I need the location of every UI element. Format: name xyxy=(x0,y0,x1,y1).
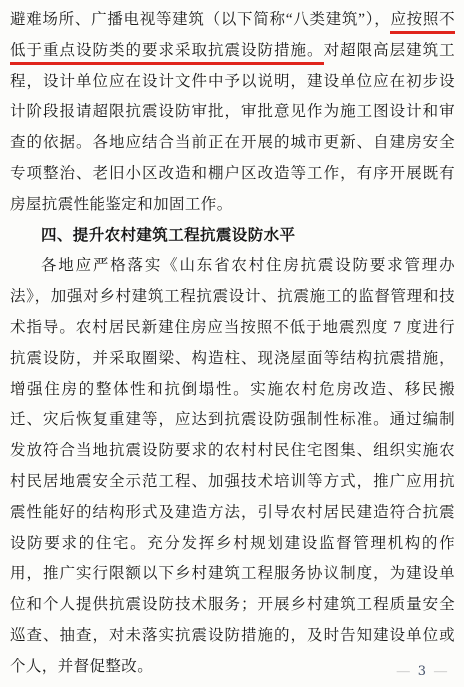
paragraph-text-after-underline: 对超限高层建筑工程，设计单位应在设计文件中予以说明，建设单位应在初步设计阶段报请… xyxy=(10,42,455,213)
footer-dash-left: — xyxy=(397,663,411,678)
section-4-paragraph: 各地应严格落实《山东省农村住房抗震设防要求管理办法》，加强对乡村建筑工程抗震设计… xyxy=(10,251,455,682)
document-page: 避难场所、广播电视等建筑（以下简称“八类建筑”），应按照不低于重点设防类的要求采… xyxy=(10,5,455,683)
paragraph-text-before-underline: 避难场所、广播电视等建筑（以下简称“八类建筑”）， xyxy=(10,11,390,28)
page-footer: —3— xyxy=(397,664,448,678)
footer-dash-right: — xyxy=(434,663,448,678)
page-number: 3 xyxy=(418,664,427,679)
section-heading-4: 四、提升农村建筑工程抗震设防水平 xyxy=(10,221,455,252)
paragraph-continued: 避难场所、广播电视等建筑（以下简称“八类建筑”），应按照不低于重点设防类的要求采… xyxy=(10,5,455,221)
